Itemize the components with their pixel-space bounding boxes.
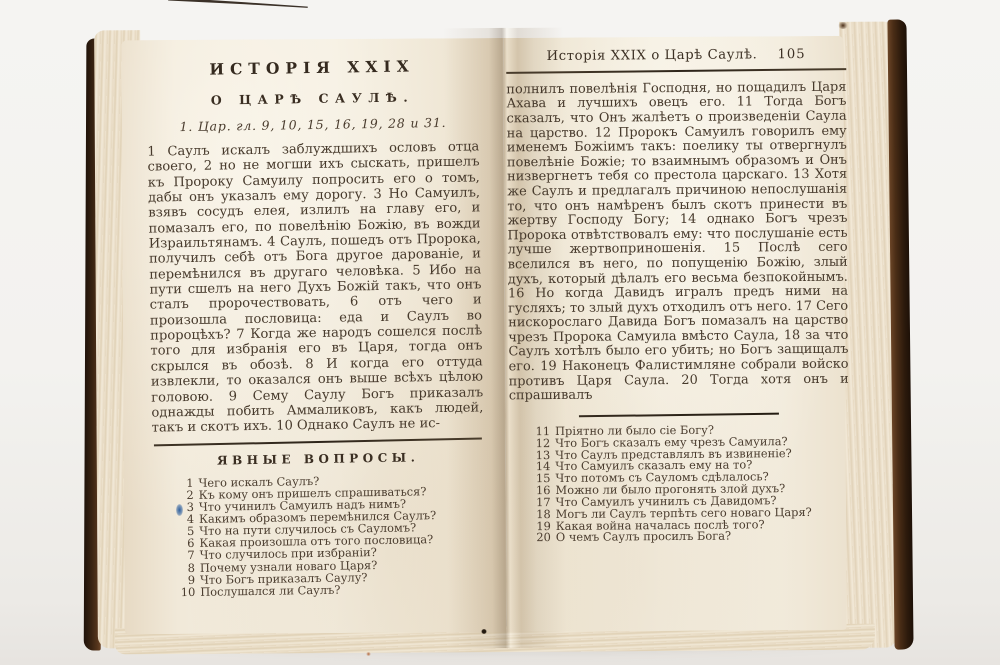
question-row: 20О чемъ Саулъ просилъ Бога?: [536, 530, 850, 544]
right-body-text: полнилъ повелѣнія Господня, но пощадилъ …: [506, 80, 849, 404]
page-number: 105: [777, 47, 805, 62]
scripture-reference: 1. Цар. гл. 9, 10, 15, 16, 19, 28 и 31.: [147, 114, 479, 134]
foxing-speck: [366, 652, 371, 656]
question-number: 7: [180, 549, 195, 561]
blue-ink-smudge: [176, 504, 183, 516]
question-number: 10: [180, 586, 195, 598]
chapter-title: О ЦАРѢ САУЛѢ.: [146, 88, 478, 108]
running-head-text: Исторія XXIX о Царѣ Саулѣ.: [547, 47, 758, 64]
right-section-rule: [579, 413, 779, 418]
book-photo-scene: ИСТОРІЯ XXIX О ЦАРѢ САУЛѢ. 1. Цар. гл. 9…: [0, 0, 1000, 665]
question-text: Послушался ли Саулъ?: [200, 583, 340, 599]
page-title: ИСТОРІЯ XXIX: [146, 55, 478, 79]
running-head-rule: [506, 68, 846, 74]
left-body-text: 1 Саулъ искалъ заблуждшихъ ословъ отца с…: [147, 139, 484, 436]
ink-speck: [481, 629, 487, 634]
question-number: 20: [536, 532, 551, 544]
left-section-rule: [154, 437, 482, 446]
binding-corner-speck: [838, 22, 848, 29]
headpiece-taper-rule: [168, 0, 308, 10]
left-page: ИСТОРІЯ XXIX О ЦАРѢ САУЛѢ. 1. Цар. гл. 9…: [146, 41, 487, 598]
question-text: О чемъ Саулъ просилъ Бога?: [556, 529, 731, 544]
right-questions-list: 11Пріятно ли было сіе Богу? 12Что Богъ с…: [509, 424, 850, 545]
left-questions-list: 1Чего искалъ Саулъ? 2Къ кому онъ пришелъ…: [152, 472, 486, 599]
running-head: Исторія XXIX о Царѣ Саулѣ.105: [506, 47, 846, 65]
right-page: Исторія XXIX о Царѣ Саулѣ.105 полнилъ по…: [506, 45, 850, 545]
questions-heading: ЯВНЫЕ ВОПРОСЫ.: [152, 449, 484, 468]
